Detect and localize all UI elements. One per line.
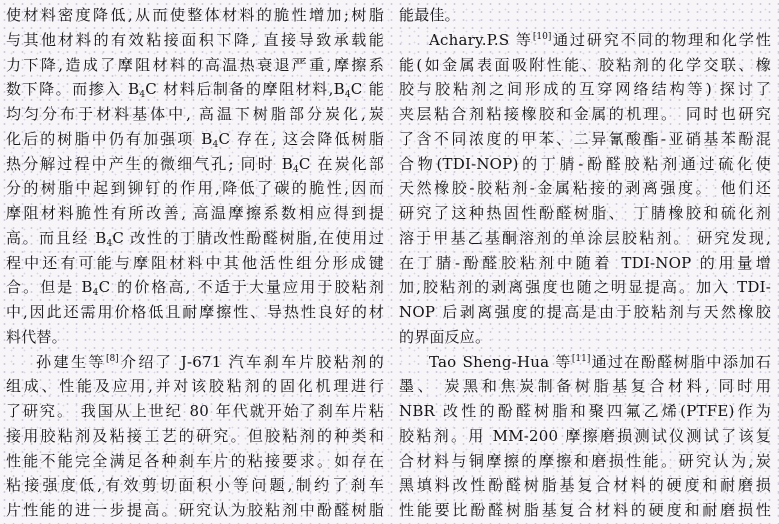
text-run: C 的价格高, 不适于大量应用于胶粘剂 [99, 278, 384, 296]
text-line: 合材料与铜摩擦的摩擦和磨损性能。研究认为,炭 [399, 449, 771, 474]
text-line: 粘接强度低,有效剪切面积小等问题,制约了刹车 [6, 473, 384, 498]
text-run: 黑填料改性酚醛树脂基复合材料的硬度和耐磨损 [399, 476, 771, 494]
text-run: 能(如金属表面吸附性能、胶粘剂的化学交联、橡 [399, 56, 771, 74]
text-run: Tao Sheng-Hua 等 [429, 353, 572, 371]
text-run: 力下降,造成了摩阻材料的高温热衰退严重,摩擦系 [6, 56, 384, 74]
two-column-text-block: 使材料密度降低,从而使整体材料的脆性增加;树脂与其他材料的有效粘接面积下降, 直… [6, 3, 771, 523]
text-run: NOP 后剥离强度的提高是由于胶粘剂与天然橡胶 [399, 303, 771, 321]
text-line: 了含不同浓度的甲苯、二异氰酸酯-亚硝基苯酚混 [399, 127, 771, 152]
text-line: 夹层粘合剂粘接橡胶和金属的机理。 同时也研究 [399, 102, 771, 127]
text-line: 溶于甲基乙基酮溶剂的单涂层胶粘剂。 研究发现, [399, 226, 771, 251]
text-line: 中,因此还需用价格低且耐摩擦性、导热性良好的材 [6, 300, 384, 325]
text-run: 性能不能完全满足各种刹车片的粘接要求。如存在 [6, 452, 384, 470]
text-run: 料代替。 [6, 328, 67, 346]
text-run: 夹层粘合剂粘接橡胶和金属的机理。 同时也研究 [399, 105, 771, 123]
reference-superscript: [8] [106, 354, 119, 364]
text-line: 性能不能完全满足各种刹车片的粘接要求。如存在 [6, 449, 384, 474]
text-run: 加,胶粘剂的剥离强度也随之明显提高。加入 TDI- [399, 278, 771, 296]
text-run: 合材料与铜摩擦的摩擦和磨损性能。研究认为,炭 [399, 452, 771, 470]
text-line: 程中还有可能与摩阻材料中其他活性组分形成键 [6, 251, 384, 276]
text-run: 孙建生等 [36, 353, 106, 371]
text-run: 胶粘剂。用 MM-200 摩擦磨损测试仪测试了该复 [399, 427, 771, 445]
text-run: C 材料后制备的摩阻材料,B [145, 80, 345, 98]
text-run: 溶于甲基乙基酮溶剂的单涂层胶粘剂。 研究发现, [399, 229, 771, 247]
text-line: 化后的树脂中仍有加强项 B4C 存在, 这会降低树脂 [6, 127, 384, 152]
reference-superscript: [10] [533, 32, 551, 42]
text-run: 性能要比酚醛树脂基复合材料的硬度和耐磨损性 [399, 501, 771, 519]
text-run: 组成、性能及应用,并对该胶粘剂的固化机理进行 [6, 377, 384, 395]
text-run: 使材料密度降低,从而使整体材料的脆性增加;树脂 [6, 6, 384, 24]
text-run: 片性能的进一步提高。研究认为胶粘剂中酚醛树脂 [6, 501, 384, 519]
text-line: 高。而且经 B4C 改性的丁腈改性酚醛树脂,在使用过 [6, 226, 384, 251]
text-line: 性能要比酚醛树脂基复合材料的硬度和耐磨损性 [399, 498, 771, 523]
text-line: 接用胶粘剂及粘接工艺的研究。但胶粘剂的种类和 [6, 424, 384, 449]
text-run: 粘接强度低,有效剪切面积小等问题,制约了刹车 [6, 476, 384, 494]
text-line: 分的树脂中起到铆钉的作用,降低了碳的脆性,因而 [6, 176, 384, 201]
text-run: 能最佳。 [399, 6, 460, 24]
text-line: 能最佳。 [399, 3, 771, 28]
text-line: 与其他材料的有效粘接面积下降, 直接导致承载能 [6, 28, 384, 53]
text-run: C 改性的丁腈改性酚醛树脂,在使用过 [112, 229, 384, 247]
text-line: 合物(TDI-NOP)的丁腈-酚醛胶粘剂通过硫化使 [399, 152, 771, 177]
text-line: 料代替。 [6, 325, 384, 350]
text-line: NOP 后剥离强度的提高是由于胶粘剂与天然橡胶 [399, 300, 771, 325]
text-run: 均匀分布于材料基体中, 高温下树脂部分炭化,炭 [6, 105, 384, 123]
text-line: 合。但是 B4C 的价格高, 不适于大量应用于胶粘剂 [6, 275, 384, 300]
text-line: 均匀分布于材料基体中, 高温下树脂部分炭化,炭 [6, 102, 384, 127]
reference-superscript: [11] [572, 354, 590, 364]
text-line: 孙建生等[8]介绍了 J-671 汽车刹车片胶粘剂的 [6, 350, 384, 375]
text-run: 合。但是 B [6, 278, 93, 296]
text-line: NBR 改性的酚醛树脂和聚四氟乙烯(PTFE)作为 [399, 399, 771, 424]
text-line: 的界面反应。 [399, 325, 771, 350]
text-line: Tao Sheng-Hua 等[11]通过在酚醛树脂中添加石 [399, 350, 771, 375]
text-line: 黑填料改性酚醛树脂基复合材料的硬度和耐磨损 [399, 473, 771, 498]
text-run: NBR 改性的酚醛树脂和聚四氟乙烯(PTFE)作为 [399, 402, 771, 420]
text-run: 接用胶粘剂及粘接工艺的研究。但胶粘剂的种类和 [6, 427, 384, 445]
text-run: 热分解过程中产生的微细气孔; 同时 B [6, 155, 293, 173]
text-run: 的界面反应。 [399, 328, 490, 346]
text-run: C 存在, 这会降低树脂 [218, 130, 384, 148]
text-line: 片性能的进一步提高。研究认为胶粘剂中酚醛树脂 [6, 498, 384, 523]
text-run: 通过研究不同的物理和化学性 [551, 31, 771, 49]
text-run: 天然橡胶-胶粘剂-金属粘接的剥离强度。 他们还 [399, 179, 771, 197]
right-text-column: 能最佳。Achary.P.S 等[10]通过研究不同的物理和化学性能(如金属表面… [399, 3, 771, 523]
text-line: 加,胶粘剂的剥离强度也随之明显提高。加入 TDI- [399, 275, 771, 300]
text-run: 在丁腈-酚醛胶粘剂中随着 TDI-NOP 的用量增 [399, 254, 771, 272]
text-run: 与其他材料的有效粘接面积下降, 直接导致承载能 [6, 31, 384, 49]
text-run: 数下降。而掺入 B [6, 80, 139, 98]
text-line: 力下降,造成了摩阻材料的高温热衰退严重,摩擦系 [6, 53, 384, 78]
text-run: 研究了这种热固性酚醛树脂、 丁腈橡胶和硫化剂 [399, 204, 771, 222]
text-line: 组成、性能及应用,并对该胶粘剂的固化机理进行 [6, 374, 384, 399]
text-run: C 在炭化部 [299, 155, 384, 173]
text-run: 墨、 炭黑和焦炭制备树脂基复合材料, 同时用 [399, 377, 771, 395]
text-line: 墨、 炭黑和焦炭制备树脂基复合材料, 同时用 [399, 374, 771, 399]
text-run: 分的树脂中起到铆钉的作用,降低了碳的脆性,因而 [6, 179, 384, 197]
text-run: 摩阻材料脆性有所改善, 高温摩擦系数相应得到提 [6, 204, 384, 222]
text-line: 天然橡胶-胶粘剂-金属粘接的剥离强度。 他们还 [399, 176, 771, 201]
text-run: 通过在酚醛树脂中添加石 [590, 353, 771, 371]
text-line: 胶与胶粘剂之间形成的互穿网络结构等) 探讨了 [399, 77, 771, 102]
text-line: 摩阻材料脆性有所改善, 高温摩擦系数相应得到提 [6, 201, 384, 226]
text-run: 介绍了 J-671 汽车刹车片胶粘剂的 [119, 353, 384, 371]
text-run: Achary.P.S 等 [429, 31, 533, 49]
text-line: Achary.P.S 等[10]通过研究不同的物理和化学性 [399, 28, 771, 53]
text-run: 了含不同浓度的甲苯、二异氰酸酯-亚硝基苯酚混 [399, 130, 771, 148]
text-run: 合物(TDI-NOP)的丁腈-酚醛胶粘剂通过硫化使 [399, 155, 771, 173]
text-run: 化后的树脂中仍有加强项 B [6, 130, 213, 148]
text-run: 胶与胶粘剂之间形成的互穿网络结构等) 探讨了 [399, 80, 771, 98]
document-page: 使材料密度降低,从而使整体材料的脆性增加;树脂与其他材料的有效粘接面积下降, 直… [0, 0, 779, 524]
text-run: C 能 [351, 80, 384, 98]
text-run: 了研究。 我国从上世纪 80 年代就开始了刹车片粘 [6, 402, 384, 420]
left-text-column: 使材料密度降低,从而使整体材料的脆性增加;树脂与其他材料的有效粘接面积下降, 直… [6, 3, 384, 523]
text-line: 数下降。而掺入 B4C 材料后制备的摩阻材料,B4C 能 [6, 77, 384, 102]
text-line: 研究了这种热固性酚醛树脂、 丁腈橡胶和硫化剂 [399, 201, 771, 226]
text-run: 高。而且经 B [6, 229, 106, 247]
text-line: 在丁腈-酚醛胶粘剂中随着 TDI-NOP 的用量增 [399, 251, 771, 276]
text-line: 了研究。 我国从上世纪 80 年代就开始了刹车片粘 [6, 399, 384, 424]
text-line: 使材料密度降低,从而使整体材料的脆性增加;树脂 [6, 3, 384, 28]
text-line: 热分解过程中产生的微细气孔; 同时 B4C 在炭化部 [6, 152, 384, 177]
text-line: 胶粘剂。用 MM-200 摩擦磨损测试仪测试了该复 [399, 424, 771, 449]
text-line: 能(如金属表面吸附性能、胶粘剂的化学交联、橡 [399, 53, 771, 78]
text-run: 程中还有可能与摩阻材料中其他活性组分形成键 [6, 254, 384, 272]
text-run: 中,因此还需用价格低且耐摩擦性、导热性良好的材 [6, 303, 384, 321]
